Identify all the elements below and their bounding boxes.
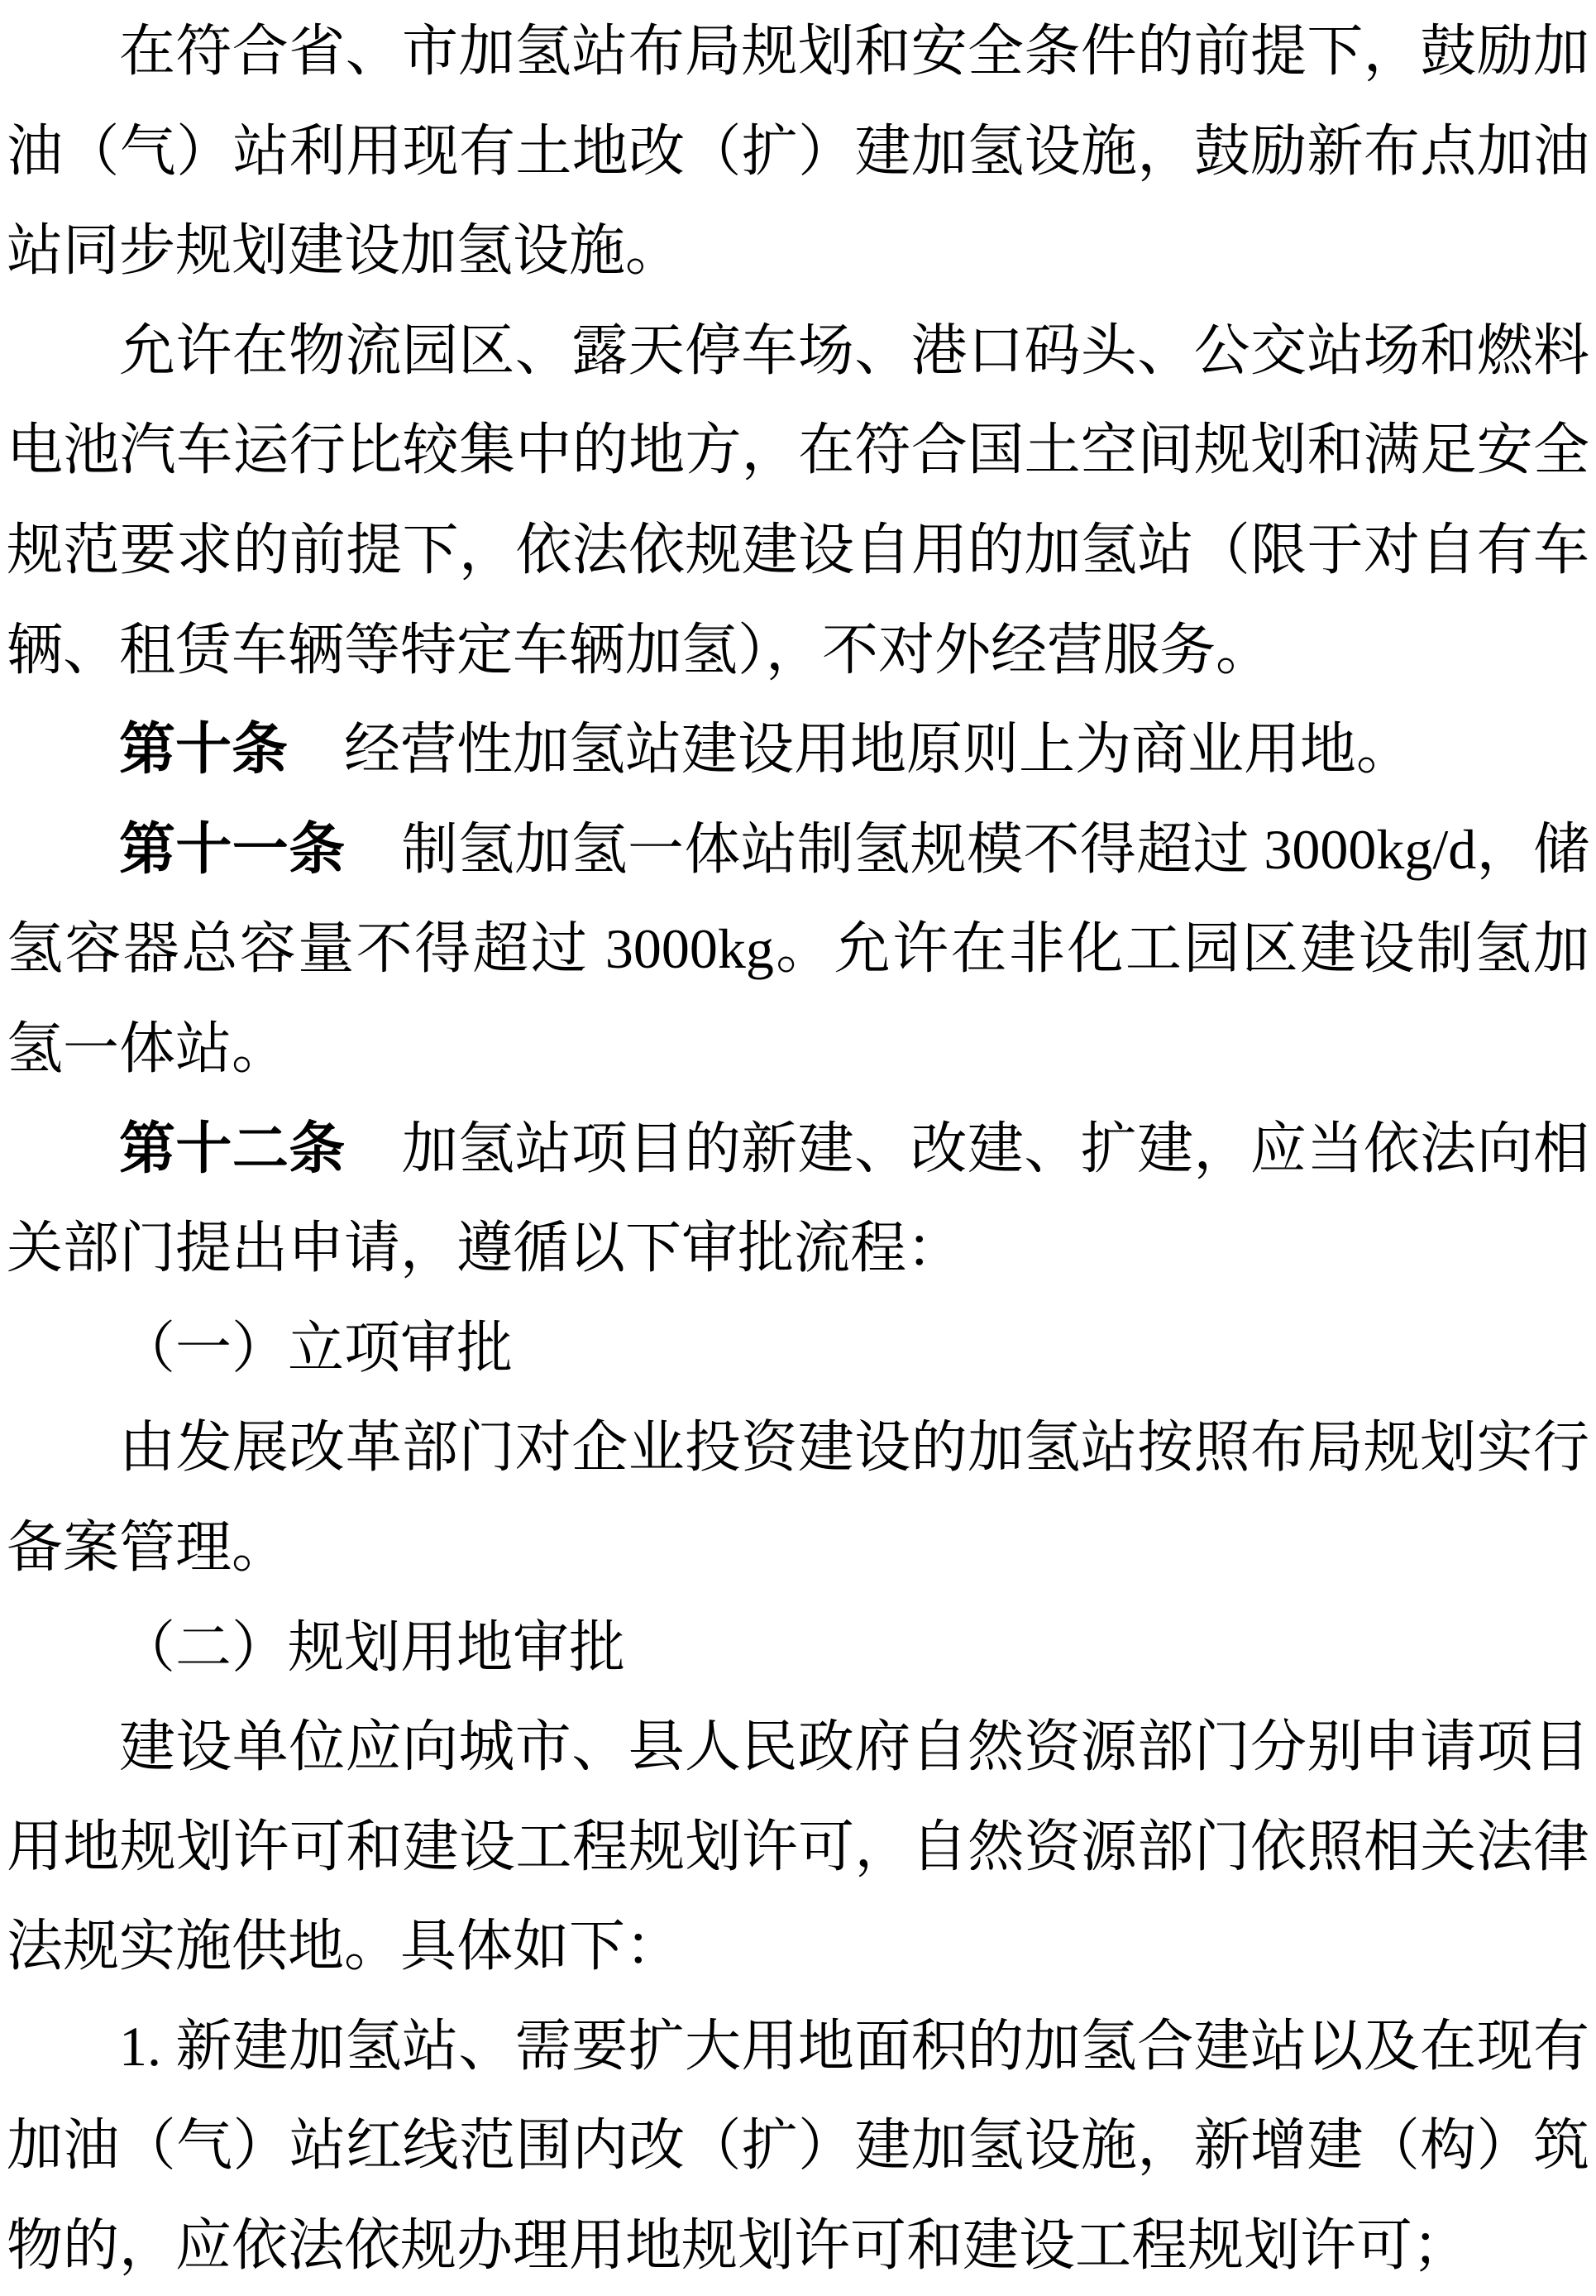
document-page: 在符合省、市加氢站布局规划和安全条件的前提下，鼓励加油（气）站利用现有土地改（扩… <box>0 0 1596 2296</box>
paragraph-text: 建设单位应向城市、县人民政府自然资源部门分别申请项目用地规划许可和建设工程规划许… <box>7 1715 1589 1978</box>
paragraph-text: 在符合省、市加氢站布局规划和安全条件的前提下，鼓励加油（气）站利用现有土地改（扩… <box>7 20 1589 282</box>
paragraph-article-12: 第十二条加氢站项目的新建、改建、扩建，应当依法向相关部门提出申请，遵循以下审批流… <box>7 1099 1589 1299</box>
paragraph-text: 由发展改革部门对企业投资建设的加氢站按照布局规划实行备案管理。 <box>7 1416 1589 1579</box>
paragraph-text: （一）立项审批 <box>119 1317 513 1380</box>
paragraph-article-11: 第十一条制氢加氢一体站制氢规模不得超过 3000kg/d，储氢容器总容量不得超过… <box>7 800 1589 1099</box>
paragraph-item-1-heading: （一）立项审批 <box>7 1299 1589 1399</box>
paragraph-item-2-heading: （二）规划用地审批 <box>7 1598 1589 1698</box>
article-number-heading: 第十条 <box>119 718 288 781</box>
paragraph-text: 1. 新建加氢站、需要扩大用地面积的加氢合建站以及在现有加油（气）站红线范围内改… <box>7 2015 1589 2277</box>
paragraph: 允许在物流园区、露天停车场、港口码头、公交站场和燃料电池汽车运行比较集中的地方，… <box>7 301 1589 700</box>
paragraph-list-item-1: 1. 新建加氢站、需要扩大用地面积的加氢合建站以及在现有加油（气）站红线范围内改… <box>7 1997 1589 2296</box>
paragraph-text: 允许在物流园区、露天停车场、港口码头、公交站场和燃料电池汽车运行比较集中的地方，… <box>7 319 1589 682</box>
paragraph-article-10: 第十条经营性加氢站建设用地原则上为商业用地。 <box>7 700 1589 800</box>
paragraph: 建设单位应向城市、县人民政府自然资源部门分别申请项目用地规划许可和建设工程规划许… <box>7 1697 1589 1997</box>
paragraph: 由发展改革部门对企业投资建设的加氢站按照布局规划实行备案管理。 <box>7 1398 1589 1597</box>
article-number-heading: 第十一条 <box>119 818 345 881</box>
article-number-heading: 第十二条 <box>119 1117 346 1180</box>
paragraph-text: （二）规划用地审批 <box>119 1616 625 1679</box>
paragraph-text: 经营性加氢站建设用地原则上为商业用地。 <box>344 718 1412 781</box>
document-body: 在符合省、市加氢站布局规划和安全条件的前提下，鼓励加油（气）站利用现有土地改（扩… <box>7 2 1589 2296</box>
paragraph: 在符合省、市加氢站布局规划和安全条件的前提下，鼓励加油（气）站利用现有土地改（扩… <box>7 2 1589 301</box>
